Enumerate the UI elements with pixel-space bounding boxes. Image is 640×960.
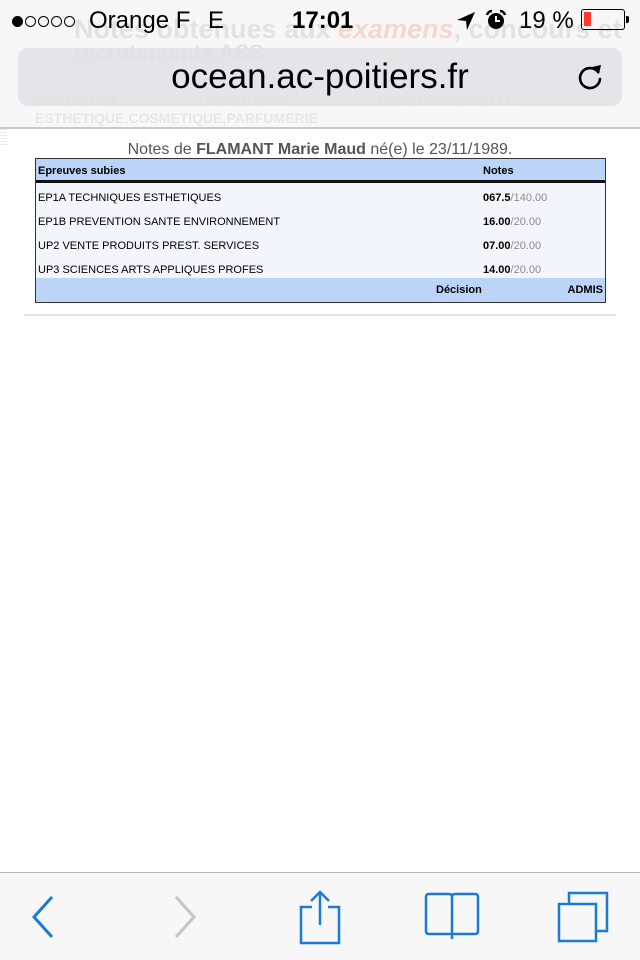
bookmarks-button[interactable] <box>412 873 492 960</box>
battery-icon <box>581 9 625 30</box>
back-chevron-icon <box>28 893 58 941</box>
signal-strength-icon <box>12 7 77 33</box>
score-cell: 067.5/140.00 <box>483 192 547 204</box>
column-header-subject: Epreuves subies <box>38 165 125 177</box>
score-cell: 14.00/20.00 <box>483 264 541 276</box>
ghost-cert-line2: ESTHETIQUE,COSMETIQUE,PARFUMERIE <box>35 110 318 126</box>
score-max: /140.00 <box>511 192 548 204</box>
subject-cell: EP1B PREVENTION SANTE ENVIRONNEMENT <box>38 216 280 228</box>
network-type: E <box>208 7 224 35</box>
signal-dot <box>12 16 23 27</box>
decision-value: ADMIS <box>568 284 603 296</box>
signal-dot <box>51 16 62 27</box>
carrier-name: Orange F <box>89 7 190 35</box>
table-row: UP2 VENTE PRODUITS PREST. SERVICES07.00/… <box>36 234 605 258</box>
student-birthdate: 23/11/1989. <box>429 141 512 158</box>
status-time: 17:01 <box>292 7 353 35</box>
signal-dot <box>64 16 75 27</box>
student-name: FLAMANT Marie Maud <box>196 141 366 158</box>
url-text[interactable]: ocean.ac-poitiers.fr <box>18 56 622 98</box>
horizontal-rule <box>24 314 616 316</box>
safari-toolbar <box>0 872 640 960</box>
signal-dot <box>38 16 49 27</box>
decision-label: Décision <box>436 284 482 296</box>
tabs-button[interactable] <box>543 873 623 960</box>
tabs-icon <box>557 891 609 943</box>
alarm-clock-icon <box>485 9 507 31</box>
battery-nub <box>626 16 629 23</box>
score-value: 07.00 <box>483 240 511 252</box>
table-row: EP1A TECHNIQUES ESTHETIQUES067.5/140.00 <box>36 186 605 210</box>
score-value: 067.5 <box>483 192 511 204</box>
student-heading: Notes de FLAMANT Marie Maud né(e) le 23/… <box>0 140 640 160</box>
bookmarks-book-icon <box>424 892 480 942</box>
score-max: /20.00 <box>511 240 542 252</box>
grades-table-footer: Décision ADMIS <box>36 278 605 302</box>
subject-cell: EP1A TECHNIQUES ESTHETIQUES <box>38 192 221 204</box>
score-value: 14.00 <box>483 264 511 276</box>
safari-top-chrome: Notes obtenues aux examens, concours et … <box>0 0 640 129</box>
score-cell: 07.00/20.00 <box>483 240 541 252</box>
battery-level-fill <box>584 12 591 26</box>
grades-table-header: Epreuves subies Notes <box>36 159 605 183</box>
column-header-score: Notes <box>483 165 514 177</box>
score-value: 16.00 <box>483 216 511 228</box>
share-button[interactable] <box>280 873 360 960</box>
subject-cell: UP2 VENTE PRODUITS PREST. SERVICES <box>38 240 259 252</box>
location-arrow-icon <box>456 11 476 31</box>
reload-icon[interactable] <box>574 61 606 93</box>
score-cell: 16.00/20.00 <box>483 216 541 228</box>
share-icon <box>298 889 342 945</box>
table-row: EP1B PREVENTION SANTE ENVIRONNEMENT16.00… <box>36 210 605 234</box>
subject-cell: UP3 SCIENCES ARTS APPLIQUES PROFES <box>38 264 263 276</box>
score-max: /20.00 <box>511 216 542 228</box>
back-button[interactable] <box>3 873 83 960</box>
battery-percent: 19 % <box>519 7 574 35</box>
safari-screen: Notes obtenues aux examens, concours et … <box>0 0 640 960</box>
forward-button[interactable] <box>145 873 225 960</box>
grades-table: Epreuves subies Notes EP1A TECHNIQUES ES… <box>35 158 606 303</box>
signal-dot <box>25 16 36 27</box>
address-bar[interactable]: ocean.ac-poitiers.fr <box>18 48 622 106</box>
status-bar: Orange F E 17:01 19 % <box>0 0 640 40</box>
web-page-content: Notes de FLAMANT Marie Maud né(e) le 23/… <box>0 129 640 872</box>
score-max: /20.00 <box>511 264 542 276</box>
forward-chevron-icon <box>170 893 200 941</box>
